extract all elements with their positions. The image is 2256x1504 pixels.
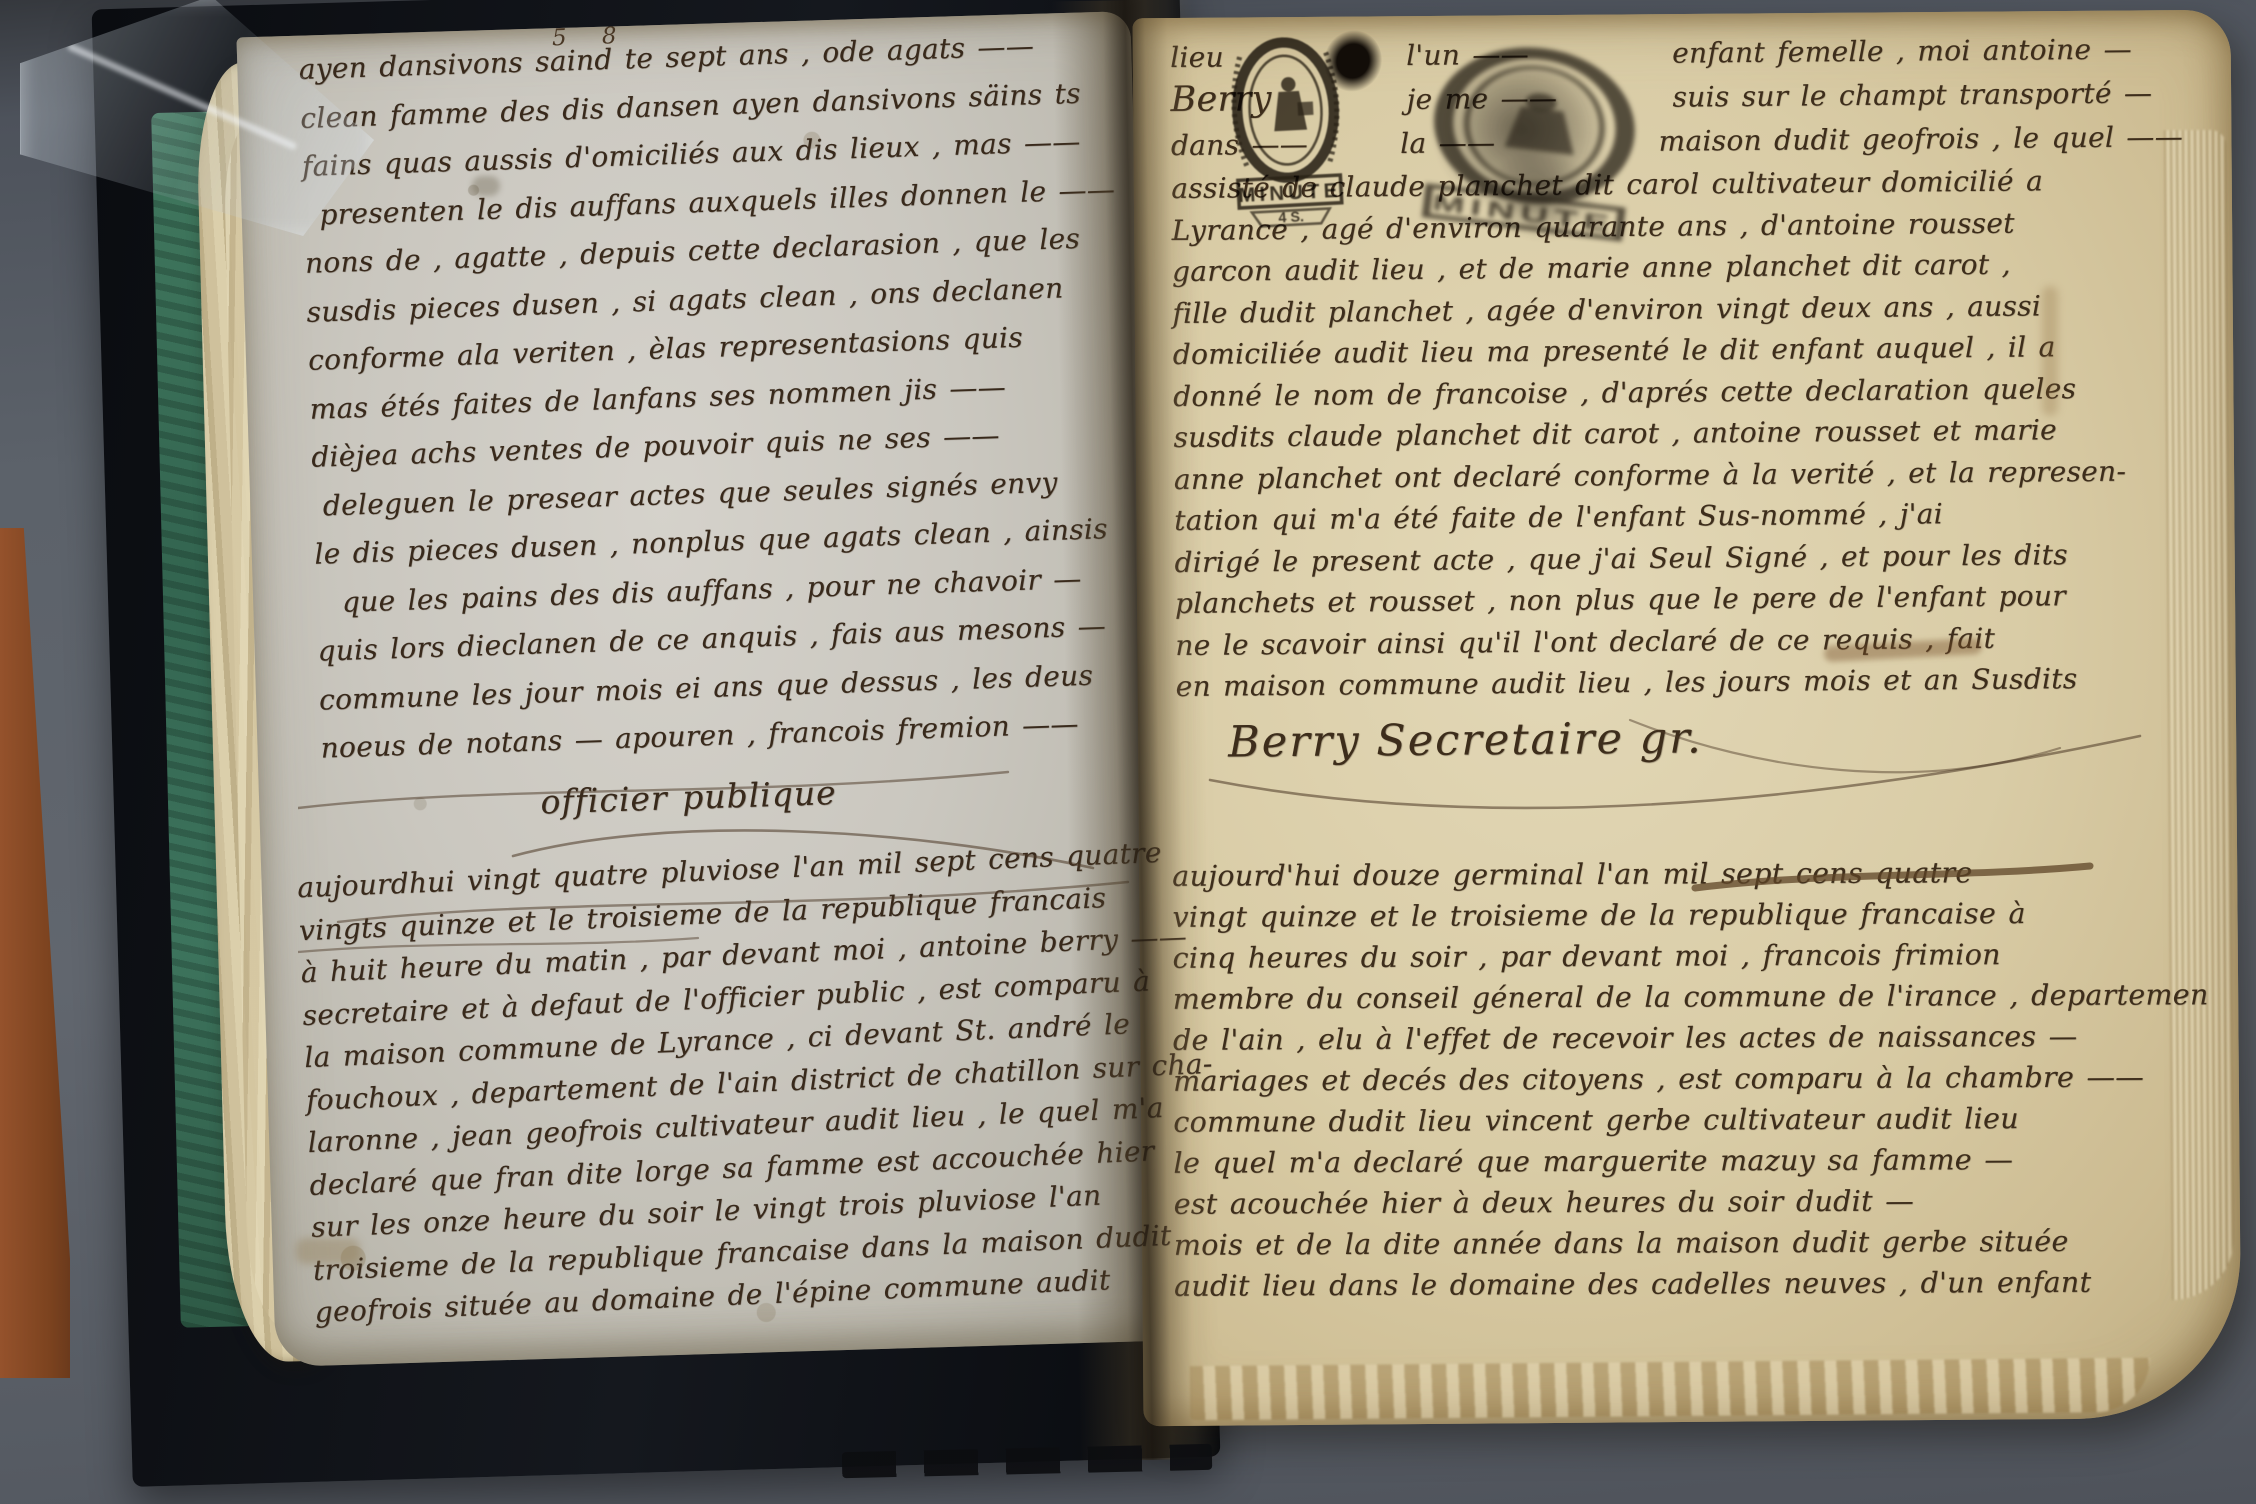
manuscript-line: anne planchet ont declaré conforme à la … [1174, 450, 2186, 500]
line-segment: enfant femelle , moi antoine — [1672, 28, 2132, 76]
right-entry-1: assisté de claude planchet dit carol cul… [1171, 159, 2188, 707]
line-segment: suis sur le champt transporté — [1672, 71, 2152, 119]
manuscript-line: en maison commune audit lieu , les jours… [1175, 657, 2187, 707]
right-page-bottom-edge [1190, 1358, 2150, 1420]
manuscript-line: planchets et rousset , non plus que le p… [1175, 574, 2187, 624]
manuscript-line: mariages et decés des citoyens , est com… [1173, 1056, 2191, 1101]
minute-revenue-stamp-smudged: MINUTE [1400, 24, 1666, 266]
manuscript-photo: ayen dansivons saind te sept ans , ode a… [0, 0, 2256, 1504]
left-entry-1: ayen dansivons saind te sept ans , ode a… [298, 19, 1171, 774]
adjacent-book-spine [0, 528, 70, 1378]
paper-stain [472, 176, 500, 196]
manuscript-line: mois et de la dite année dans la maison … [1174, 1220, 2192, 1265]
manuscript-line: de l'ain , elu à l'effet de recevoir les… [1173, 1015, 2191, 1060]
manuscript-line: est acouchée hier à deux heures du soir … [1174, 1179, 2192, 1224]
gutter-shadow [1052, 0, 1220, 1461]
right-entry-2: aujourd'hui douze germinal l'an mil sept… [1172, 851, 2192, 1306]
manuscript-line: commune dudit lieu vincent gerbe cultiva… [1173, 1097, 2191, 1142]
manuscript-line: le quel m'a declaré que marguerite mazuy… [1173, 1138, 2191, 1183]
paper-stain [296, 1238, 360, 1264]
manuscript-line: aujourd'hui douze germinal l'an mil sept… [1172, 851, 2190, 896]
left-entry-2: aujourdhui vingt quatre pluviose l'an mi… [296, 831, 1190, 1334]
stamp-denomination: 4 S. [1278, 209, 1304, 226]
manuscript-line: vingt quinze et le troisieme de la repub… [1172, 892, 2190, 937]
manuscript-line: audit lieu dans le domaine des cadelles … [1174, 1261, 2192, 1306]
manuscript-line: cinq heures du soir , par devant moi , f… [1172, 933, 2190, 978]
ink-stain [2042, 286, 2058, 416]
line-segment: maison dudit geofrois , le quel —— [1658, 115, 2183, 164]
manuscript-line: membre du conseil géneral de la commune … [1173, 974, 2191, 1019]
folio-marks: 5 8 [552, 23, 631, 52]
signature-line: Berry Secretaire gr. [1228, 709, 2188, 767]
